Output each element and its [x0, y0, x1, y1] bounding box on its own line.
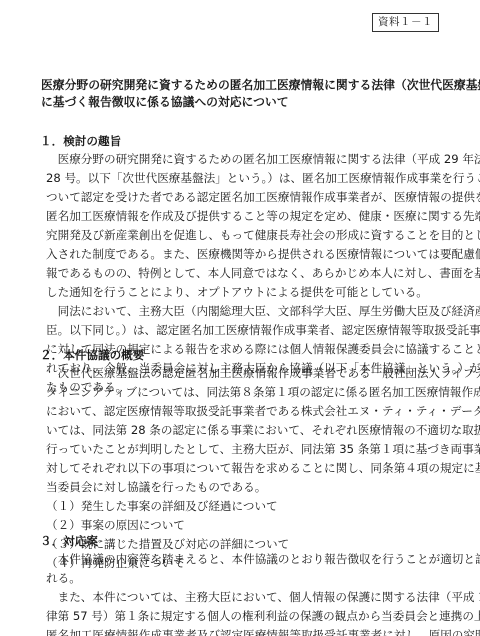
section-3-line: れる。 [46, 570, 81, 586]
section-2-line: 行っていたことが判明したとして、主務大臣が、同法第 35 条第１項に基づき両事業… [46, 441, 480, 457]
section-2-line: いては、同法第 28 条の認定に係る事業において、それぞれ医療情報の不適切な取扱… [46, 422, 480, 438]
section-heading-3: ３．対応案 [40, 533, 98, 549]
title-line: 医療分野の研究開発に資するための匿名加工医療情報に関する法律（次世代医療基盤法） [41, 77, 471, 94]
section-3-line: また、本件については、主務大臣において、個人情報の保護に関する法律（平成 15 … [46, 589, 480, 605]
section-3-line: 本件協議の内容等を踏まえると、本件協議のとおり報告徴収を行うことが適切と認めら [46, 551, 480, 567]
section-2-line: 対してそれぞれ以下の事項について報告を求めることに関し、同条第４項の規定に基づき… [46, 460, 480, 476]
section-2-line: 次世代医療基盤法の認定匿名加工医療情報作成事業者である一般社団法人ライフデー [46, 365, 480, 381]
list-item: （１）発生した事案の詳細及び経過について [46, 498, 278, 514]
document-page: 資料１－１ 医療分野の研究開発に資するための匿名加工医療情報に関する法律（次世代… [0, 0, 480, 636]
section-heading-1: １．検討の趣旨 [40, 133, 121, 149]
section-1-line: 同法において、主務大臣（内閣総理大臣、文部科学大臣、厚生労働大臣及び経済産業大 [46, 303, 480, 319]
title-line: に基づく報告徴収に係る協議への対応について [41, 94, 471, 111]
section-2-line: において、認定医療情報等取扱受託事業者である株式会社エヌ・ティ・ティ・データにつ [46, 403, 480, 419]
section-1-line: ついて認定を受けた者である認定匿名加工医療情報作成事業者が、医療情報の提供を受け… [46, 189, 480, 205]
list-item: （２）事案の原因について [46, 517, 185, 533]
section-heading-2: ２．本件協議の概要 [40, 347, 144, 363]
section-1-line: した通知を行うことにより、オプトアウトによる提供を可能としている。 [46, 284, 428, 300]
section-1-line: 匿名加工医療情報を作成及び提供すること等の規定を定め、健康・医療に関する先端的研 [46, 208, 480, 224]
document-label-box: 資料１－１ [372, 13, 439, 32]
section-1-line: 報であるものの、特例として、本人同意ではなく、あらかじめ本人に対し、書面を基本と [46, 265, 480, 281]
section-1-line: 臣。以下同じ。）は、認定匿名加工医療情報作成事業者、認定医療情報等取扱受託事業者… [46, 322, 480, 338]
section-3-line: 匿名加工医療情報作成事業者及び認定医療情報等取扱受託事業者に対し、原因の究明、再… [46, 627, 480, 636]
document-title: 医療分野の研究開発に資するための匿名加工医療情報に関する法律（次世代医療基盤法）… [41, 77, 471, 111]
section-3-line: 律第 57 号）第１条に規定する個人の権利利益の保護の観点から当委員会と連携の上… [46, 608, 480, 624]
section-1-line: 入された制度である。また、医療機関等から提供される医療情報については要配慮個人情 [46, 246, 480, 262]
section-2-line: タイニシアティブについては、同法第８条第１項の認定に係る匿名加工医療情報作成事業 [46, 384, 480, 400]
section-1-line: 28 号。以下「次世代医療基盤法」という。）は、匿名加工医療情報作成事業を行うこ… [46, 170, 480, 186]
section-1-line: 医療分野の研究開発に資するための匿名加工医療情報に関する法律（平成 29 年法律… [46, 151, 480, 167]
section-1-line: 究開発及び新産業創出を促進し、もって健康長寿社会の形成に資することを目的として導 [46, 227, 480, 243]
section-2-line: 当委員会に対し協議を行ったものである。 [46, 479, 266, 495]
